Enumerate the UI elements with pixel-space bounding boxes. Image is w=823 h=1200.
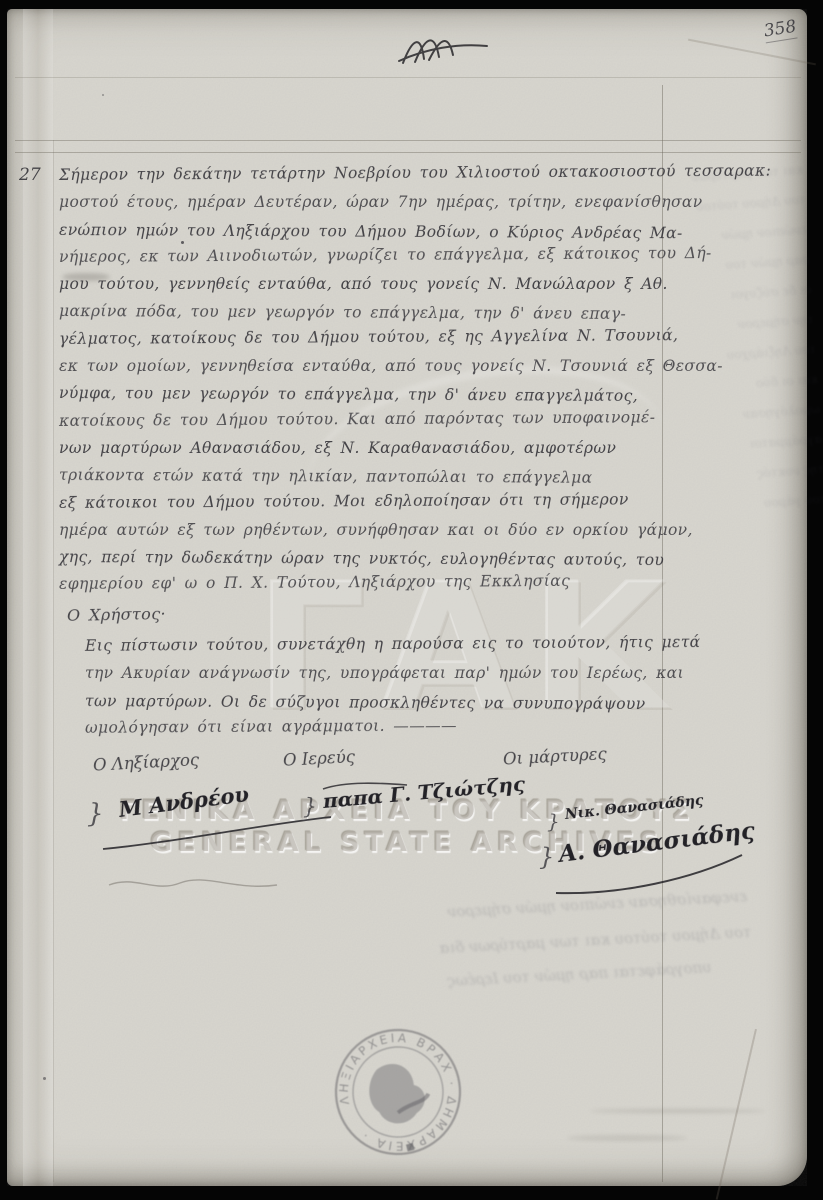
pencil-scribble <box>105 865 285 901</box>
manuscript-line: την Ακυρίαν ανάγνωσίν της, υπογράφεται π… <box>59 660 674 687</box>
manuscript-page: ενεφανίσθησαν ενώπιον ημών σήμερον του Δ… <box>7 9 807 1186</box>
manuscript-line: Σήμερον την δεκάτην τετάρτην Νοεβρίου το… <box>59 158 674 189</box>
manuscript-line: ημέρα αυτών εξ των ρηθέντων, συνήφθησαν … <box>59 517 674 544</box>
record-paragraph-2: Εις πίστωσιν τούτου, συνετάχθη η παρούσα… <box>59 633 674 742</box>
ink-flourish-icon <box>395 29 495 69</box>
priest-header: Ο Ιερεύς <box>283 747 356 770</box>
ruled-line-double-upper <box>15 140 801 141</box>
manuscript-line: ωμολόγησαν ότι είναι αγράμματοι. ———— <box>59 711 674 742</box>
manuscript-line: Εις πίστωσιν τούτου, συνετάχθη η παρούσα… <box>59 629 674 660</box>
witnesses-header: Οι μάρτυρες <box>503 744 608 768</box>
manuscript-line: κατοίκους δε του Δήμου τούτου. Και από π… <box>59 404 674 435</box>
verso-bleedthrough-line: του Δήμου τούτου και των μαρτύρων δια <box>439 923 752 957</box>
record-paragraph-1: Σήμερον την δεκάτην τετάρτην Νοεβρίου το… <box>59 162 674 599</box>
manuscript-line: νήμερος, εκ των Αιινοδιωτών, γνωρίζει το… <box>59 240 674 271</box>
entry-number: 27 <box>19 165 41 185</box>
manuscript-line: νων μαρτύρων Αθανασιάδου, εξ Ν. Καραθανα… <box>59 435 674 462</box>
page-number: 358 <box>762 17 797 44</box>
witness1-signature: Νικ. Θανασιάδης <box>564 792 704 822</box>
manuscript-line: μοστού έτους, ημέραν Δευτέραν, ώραν 7ην … <box>59 189 674 216</box>
manuscript-line: εφημερίου εφ' ω ο Π. Χ. Τούτου, Ληξιάρχο… <box>59 568 674 599</box>
top-right-crease <box>688 39 816 65</box>
bottom-right-smudge <box>590 1109 765 1113</box>
witness2-signature-flourish <box>552 849 747 899</box>
ruled-line-top <box>15 77 801 78</box>
scanned-document: ενεφανίσθησαν ενώπιον ημών σήμερον του Δ… <box>0 0 823 1200</box>
officiant-line: Ο Χρήστος· <box>67 604 166 625</box>
ruled-line-double-lower <box>15 152 801 153</box>
bottom-right-smudge <box>567 1135 687 1141</box>
vertical-fold-crease <box>23 9 53 1186</box>
registry-stamp: ΛΗΞΙΑΡΧΕΙΑ ΒΡΑΧ · ΔΗΜΑΡΧΕΙΑ · <box>307 1001 489 1183</box>
manuscript-line: εκ των ομοίων, γεννηθείσα ενταύθα, από τ… <box>59 353 674 380</box>
manuscript-line: γέλματος, κατοίκους δε του Δήμου τούτου,… <box>59 322 674 353</box>
verso-bleedthrough-line: υπογράφεται παρ ημών του Ιερέως <box>447 958 712 990</box>
manuscript-line: μου τούτου, γεννηθείς ενταύθα, από τους … <box>59 271 674 298</box>
registrar-header: Ο Ληξίαρχος <box>93 750 200 775</box>
brace-mark: } <box>303 795 317 820</box>
left-margin-line <box>53 140 54 1182</box>
manuscript-line: εξ κάτοικοι του Δήμου τούτου. Μοι εδηλοπ… <box>59 486 674 517</box>
bottom-right-crease <box>716 1029 757 1200</box>
brace-mark: } <box>547 809 560 833</box>
priest-signature-overbar <box>321 779 411 793</box>
